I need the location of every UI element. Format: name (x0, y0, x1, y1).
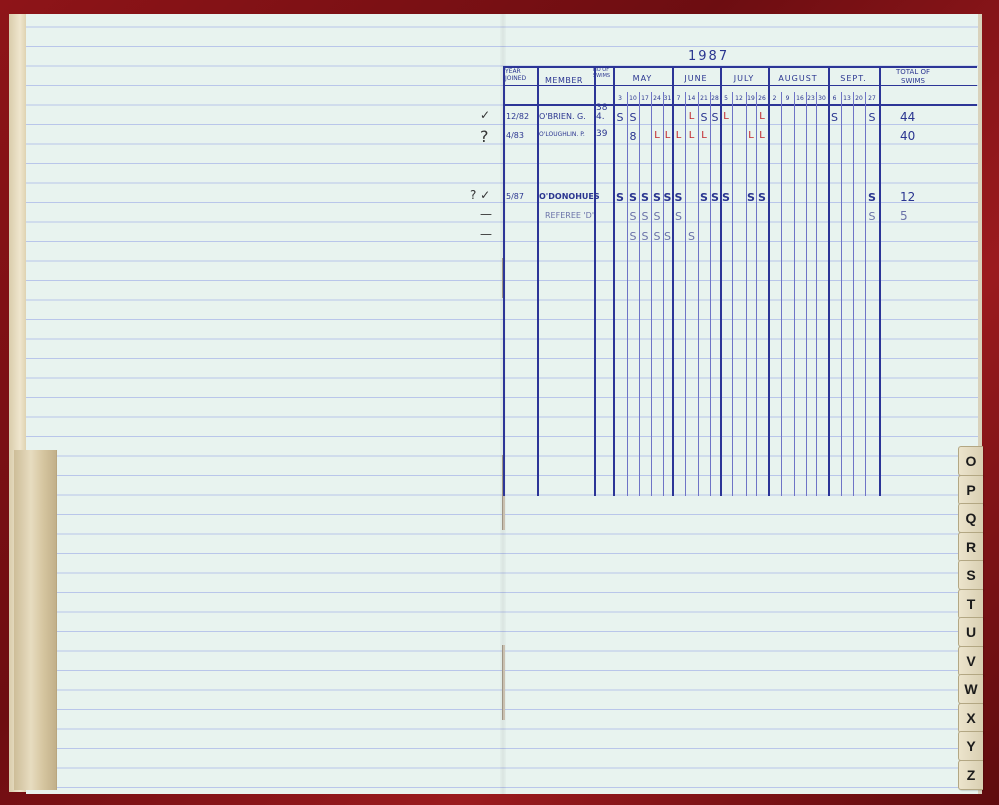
date-label: 10 (627, 95, 639, 102)
late-mark: L (663, 130, 672, 141)
index-tab-s[interactable]: S (958, 560, 983, 590)
column-rule (503, 66, 505, 496)
late-mark: L (685, 111, 698, 122)
late-mark: L (672, 130, 685, 141)
swim-mark: S (746, 191, 756, 204)
swim-mark: S (672, 210, 685, 223)
date-column-rule (806, 92, 807, 496)
date-column-rule (756, 92, 757, 496)
swim-mark: S (639, 191, 651, 204)
index-tab-x[interactable]: X (958, 703, 983, 733)
late-mark: L (651, 130, 663, 141)
month-label: SEPT. (828, 74, 879, 83)
date-column-rule (816, 92, 817, 496)
late-mark: L (685, 130, 698, 141)
swim-mark: S (627, 230, 639, 243)
swim-mark: S (639, 230, 651, 243)
swim-mark: S (865, 210, 879, 223)
header-year-joined: YEAR JOINED (505, 68, 533, 82)
year-joined-cell: 5/87 (506, 192, 524, 201)
index-tab-t[interactable]: T (958, 589, 983, 619)
date-column-rule (663, 92, 664, 496)
year-heading: 1987 (688, 49, 729, 64)
date-column-rule (685, 92, 686, 496)
swim-mark: S (663, 191, 672, 204)
total-swims-cell: 12 (900, 190, 915, 204)
member-name-cell: O'BRIEN. G. (539, 112, 586, 121)
month-label: JUNE (672, 74, 720, 83)
month-divider (768, 66, 770, 496)
member-name-cell: O'DONOHUES (539, 192, 600, 201)
total-swims-cell: 5 (900, 209, 908, 223)
date-column-rule (710, 92, 711, 496)
index-tab-u[interactable]: U (958, 617, 983, 647)
date-label: 23 (806, 95, 816, 102)
year-joined-cell: 4/83 (506, 131, 524, 140)
month-label: AUGUST (768, 74, 828, 83)
late-mark: L (720, 111, 732, 122)
month-divider (879, 66, 881, 496)
member-name-cell: O'LOUGHLIN. P. (539, 131, 585, 138)
late-mark: L (756, 111, 768, 122)
date-column-rule (651, 92, 652, 496)
date-label: 26 (756, 95, 768, 102)
row-mark: ? (480, 127, 489, 146)
member-name-cell: REFEREE 'D' (545, 211, 594, 220)
date-column-rule (639, 92, 640, 496)
row-mark: — (480, 207, 492, 221)
row-mark: ? ✓ (470, 188, 490, 202)
late-mark: L (698, 130, 710, 141)
late-mark: L (746, 130, 756, 141)
swim-mark: S (627, 111, 639, 124)
header-total-of-swims: TOTAL OF SWIMS (883, 68, 943, 86)
swim-mark: S (698, 191, 710, 204)
date-label: 13 (841, 95, 853, 102)
date-column-rule (781, 92, 782, 496)
date-label: 30 (816, 95, 828, 102)
month-label: JULY (720, 74, 768, 83)
date-column-rule (865, 92, 866, 496)
date-label: 24 (651, 95, 663, 102)
swim-mark: S (685, 230, 698, 243)
swim-mark: S (613, 191, 627, 204)
swim-mark: S (828, 111, 841, 124)
date-column-rule (746, 92, 747, 496)
header-bottom-rule (503, 104, 977, 106)
month-divider (720, 66, 722, 496)
swim-mark: S (651, 230, 663, 243)
swim-mark: S (672, 191, 685, 204)
date-column-rule (698, 92, 699, 496)
date-label: 20 (853, 95, 865, 102)
date-label: 3 (613, 95, 627, 102)
header-member: MEMBER (545, 76, 583, 85)
month-label: MAY (613, 74, 672, 83)
year-joined-cell: 12/82 (506, 112, 529, 121)
row-mark: — (480, 227, 492, 241)
date-label: 17 (639, 95, 651, 102)
date-label: 28 (710, 95, 720, 102)
swim-mark: S (663, 230, 672, 243)
month-divider (828, 66, 830, 496)
prior-swims-cell: 39 (596, 130, 612, 139)
date-column-rule (841, 92, 842, 496)
total-swims-cell: 40 (900, 129, 915, 143)
total-swims-cell: 44 (900, 110, 915, 124)
date-column-rule (853, 92, 854, 496)
binding-stitch (502, 645, 505, 720)
date-column-rule (627, 92, 628, 496)
swim-mark: S (710, 191, 720, 204)
index-tab-o[interactable]: O (958, 446, 983, 476)
swim-mark: S (865, 111, 879, 124)
date-label: 21 (698, 95, 710, 102)
date-label: 9 (781, 95, 794, 102)
date-label: 27 (865, 95, 879, 102)
swim-mark: S (627, 210, 639, 223)
swim-mark: S (627, 191, 639, 204)
swim-mark: S (710, 111, 720, 124)
torn-page-stub (14, 450, 57, 790)
date-column-rule (794, 92, 795, 496)
index-tab-p[interactable]: P (958, 475, 983, 505)
date-column-rule (732, 92, 733, 496)
date-label: 19 (746, 95, 756, 102)
swim-mark: S (639, 210, 651, 223)
month-divider (613, 66, 615, 496)
date-label: 16 (794, 95, 806, 102)
index-tab-v[interactable]: V (958, 646, 983, 676)
late-mark: L (756, 130, 768, 141)
swim-mark: S (756, 191, 768, 204)
swim-mark: S (651, 210, 663, 223)
index-tab-z[interactable]: Z (958, 760, 983, 790)
index-tab-r[interactable]: R (958, 532, 983, 562)
index-tab-w[interactable]: W (958, 674, 983, 704)
swim-mark: S (698, 111, 710, 124)
swim-mark: S (865, 191, 879, 204)
prior-swims-cell: 38 4. (596, 104, 612, 122)
swim-mark: S (651, 191, 663, 204)
date-label: 31 (663, 95, 672, 102)
swim-mark: S (720, 191, 732, 204)
swim-mark: 8 (627, 130, 639, 143)
date-label: 14 (685, 95, 698, 102)
date-label: 12 (732, 95, 746, 102)
index-tab-q[interactable]: Q (958, 503, 983, 533)
index-tab-y[interactable]: Y (958, 731, 983, 761)
swim-mark: S (613, 111, 627, 124)
row-mark: ✓ (480, 108, 490, 122)
